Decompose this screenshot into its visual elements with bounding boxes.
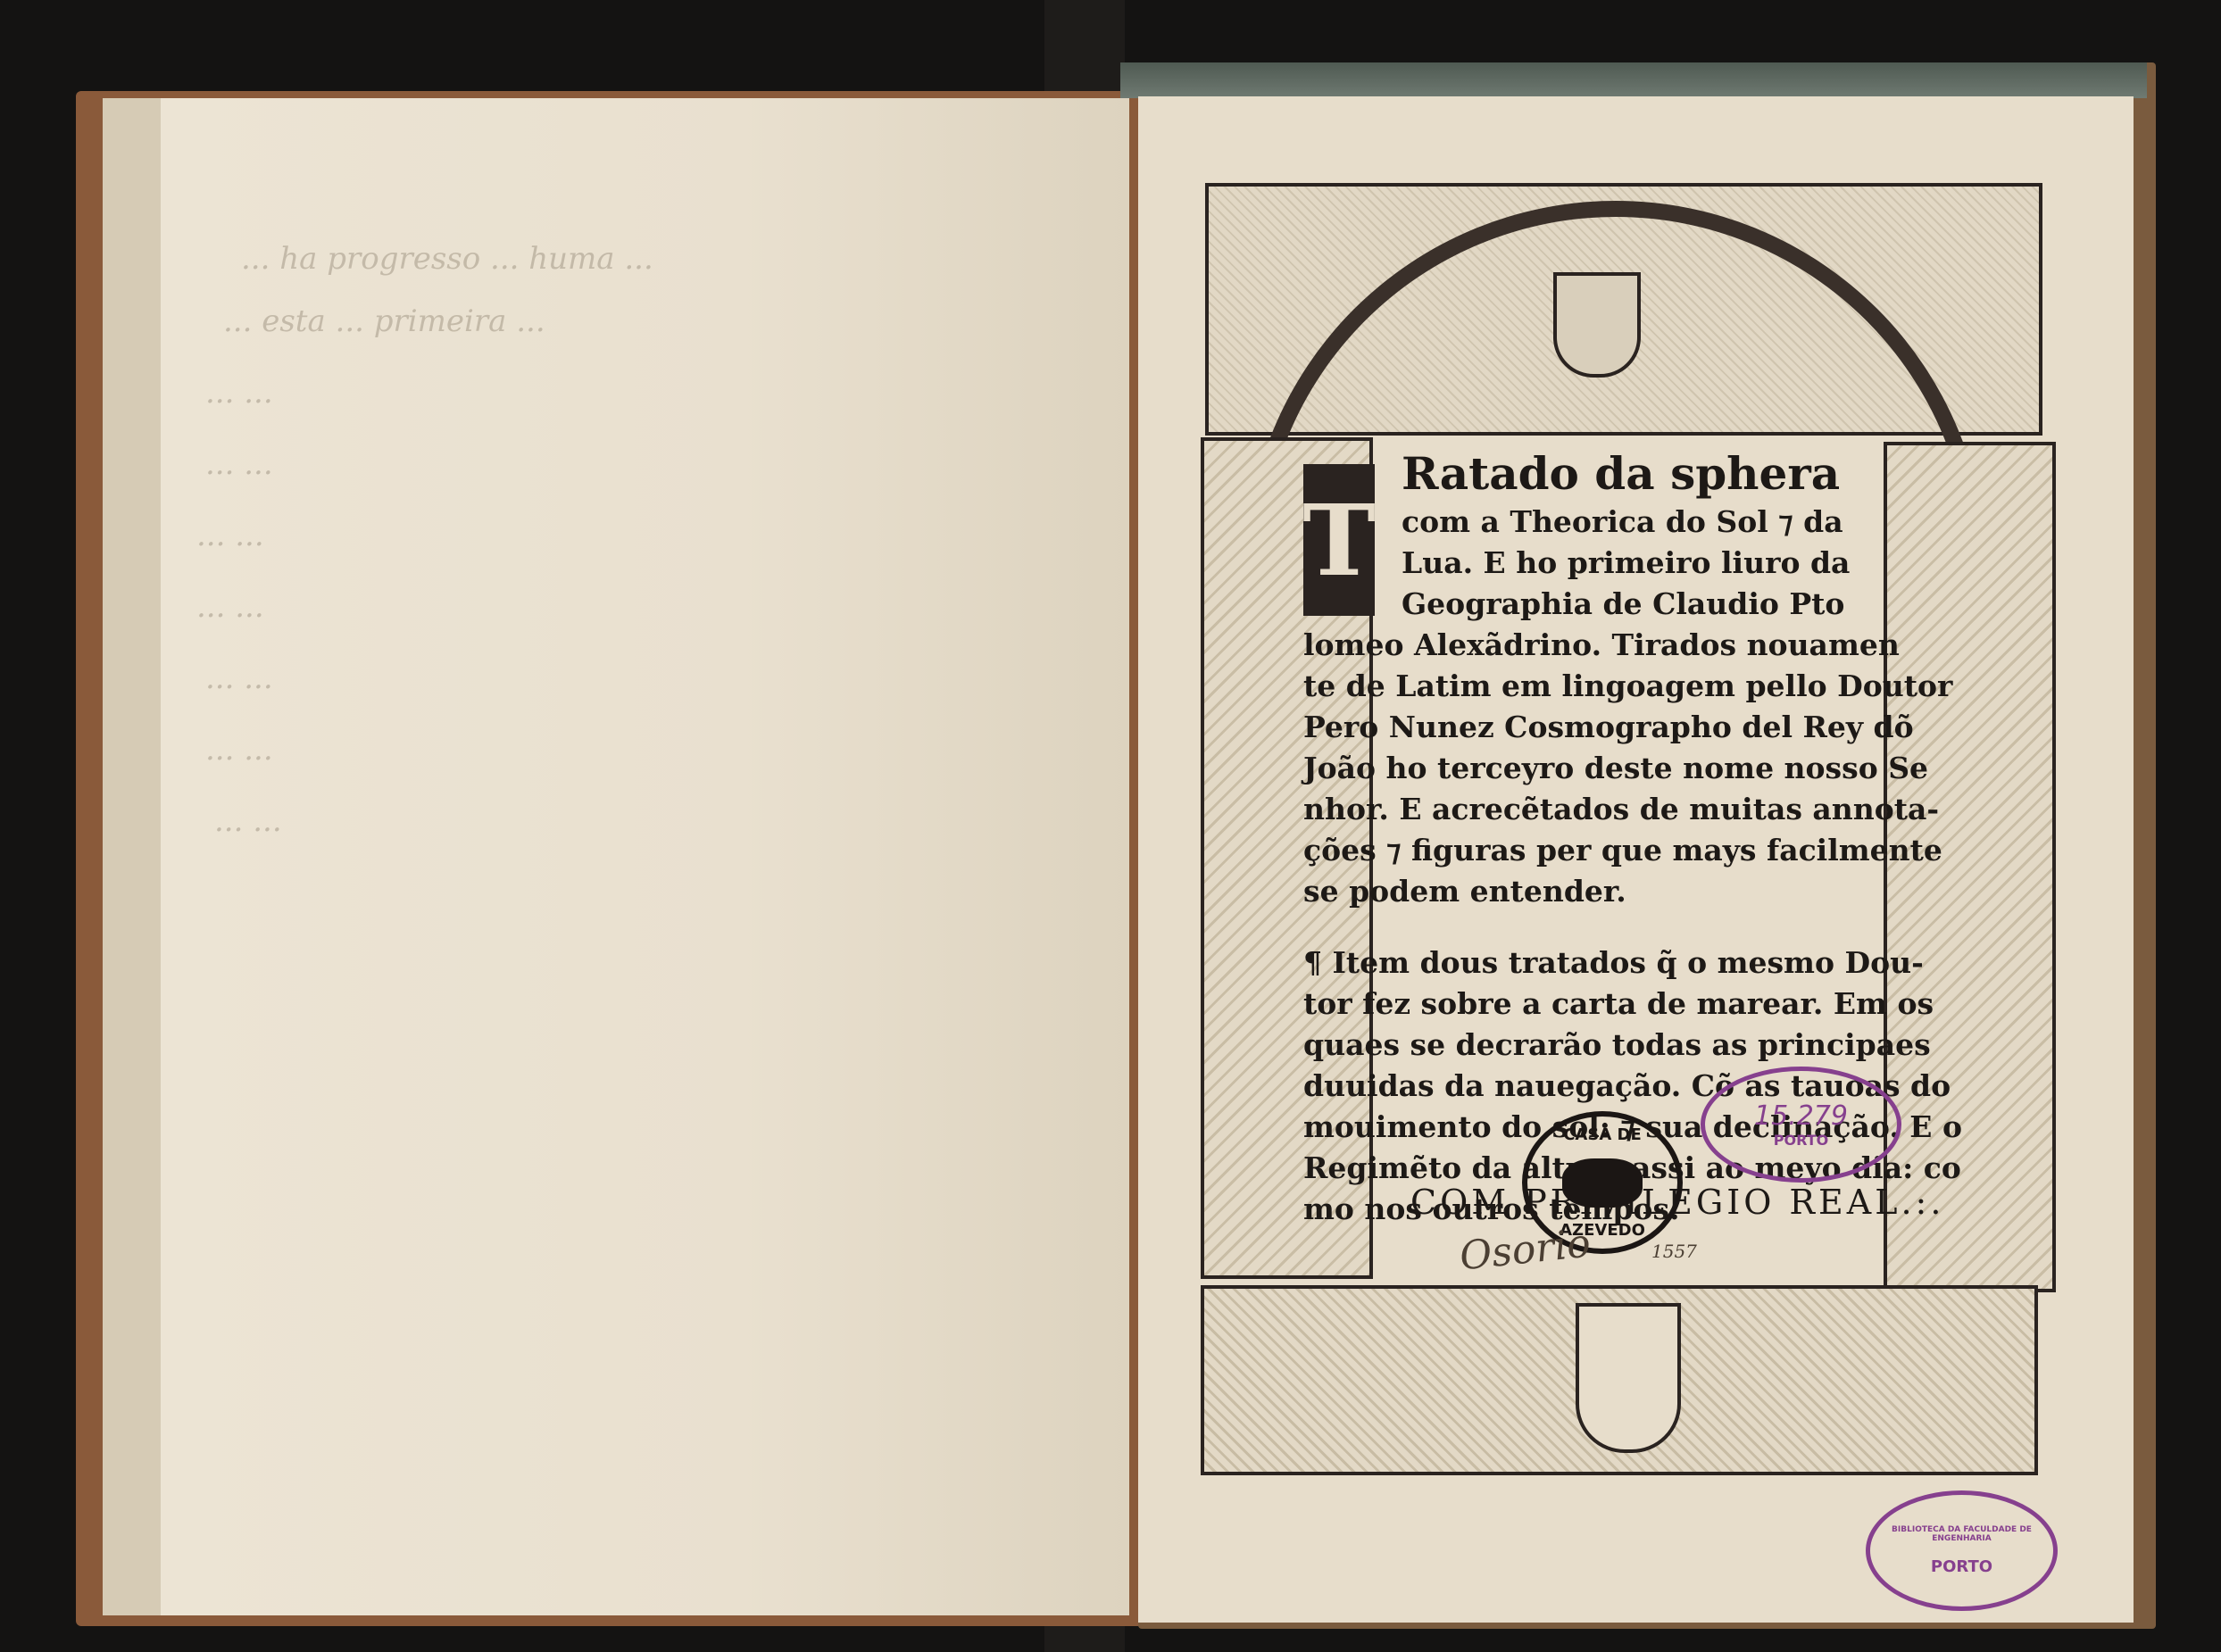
title-line: se podem entender. (1303, 871, 1892, 912)
title-line: nhor. E acrecẽtados de muitas annota- (1303, 789, 1892, 830)
manuscript-line: ... ... (205, 446, 273, 482)
manuscript-line: ... ... (214, 803, 282, 839)
library-stamp-faculty: BIBLIOTECA DA FACULDADE DE ENGENHARIA PO… (1866, 1490, 2058, 1611)
stamp-top-text: CASA DE (1563, 1125, 1642, 1144)
title-line: Lua. E ho primeiro liuro da (1375, 543, 1892, 584)
stamp-city: PORTO (1774, 1132, 1828, 1149)
title-line: lomeo Alexãdrino. Tirados nouamen (1303, 625, 1892, 666)
stamp-emblem (1562, 1158, 1643, 1208)
stamp-city: PORTO (1931, 1557, 1992, 1576)
manuscript-line: ... ... (196, 589, 264, 625)
manuscript-line: ... ... (205, 732, 273, 768)
title-line: Ratado da sphera (1375, 446, 1892, 502)
manuscript-line: ... ... (205, 660, 273, 696)
title-line: com a Theorica do Sol ⁊ da (1375, 502, 1892, 543)
manuscript-line: ... ... (196, 518, 264, 553)
paragraph-line: quaes se decrarão todas as principaes (1303, 1025, 1892, 1066)
drop-cap: T (1303, 464, 1375, 616)
title-line: te de Latim em lingoagem pello Doutor (1303, 666, 1892, 707)
stamp-arc-text: BIBLIOTECA DA FACULDADE DE ENGENHARIA (1870, 1525, 2053, 1543)
manuscript-line: ... ... (205, 375, 273, 411)
paragraph-line: tor fez sobre a carta de marear. Em os (1303, 984, 1892, 1025)
library-stamp-number: 15.279 PORTO (1701, 1067, 1901, 1183)
title-line: ções ⁊ figuras per que mays facilmente (1303, 830, 1892, 871)
manuscript-line: ... ha progresso ... huma ... (241, 241, 653, 277)
manuscript-line: ... esta ... primeira ... (223, 303, 545, 339)
coat-of-arms (1576, 1303, 1681, 1453)
title-line: Pero Nunez Cosmographo del Rey dõ (1303, 707, 1892, 748)
title-line: João ho terceyro deste nome nosso Se (1303, 748, 1892, 789)
handwritten-year: 1557 (1651, 1241, 1697, 1262)
paragraph-line: ¶ Item dous tratados q̃ o mesmo Dou- (1303, 942, 1892, 984)
page-edge (1120, 62, 2147, 98)
ihs-shield-emblem (1553, 272, 1641, 378)
left-page-fold (103, 98, 161, 1615)
title-line: Geographia de Claudio Pto (1375, 584, 1892, 625)
stamp-number: 15.279 (1754, 1100, 1848, 1132)
